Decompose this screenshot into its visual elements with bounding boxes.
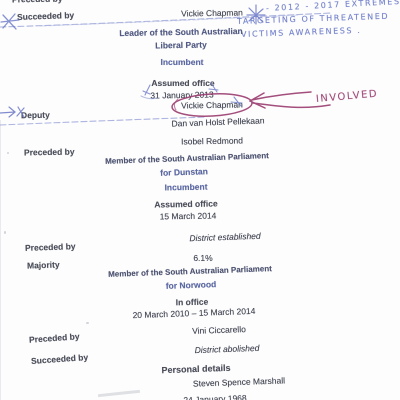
- office-title-line1: Leader of the South Australian: [119, 26, 243, 38]
- norwood-title-line1: Member of the South Australian Parliamen…: [108, 264, 272, 279]
- dunstan-title-line2: for Dunstan: [160, 166, 208, 178]
- assumed-office-label-leader: Assumed office: [151, 78, 214, 88]
- preceded-by-label-top: Preceded by: [12, 0, 63, 4]
- in-office-dates: 20 March 2010 – 15 March 2014: [132, 306, 255, 320]
- succeeded-by-value: Vickie Chapman: [181, 7, 243, 18]
- preceded-by-label-norwood: Preceded by: [29, 331, 80, 345]
- handwritten-note-line2: TARGETING OF THREATENED: [237, 12, 390, 26]
- assumed-office-date-dunstan: 15 March 2014: [160, 211, 217, 222]
- scan-smudge: [98, 390, 140, 397]
- preceded-by-value-norwood: Vini Ciccarello: [192, 324, 246, 336]
- in-office-label: In office: [176, 297, 209, 308]
- personal-full-name: Steven Spence Marshall: [193, 375, 285, 388]
- personal-details-header: Personal details: [161, 363, 230, 375]
- norwood-title-line2: for Norwood: [166, 279, 217, 291]
- office-title-line2: Liberal Party: [155, 40, 207, 51]
- scan-edge-line: [0, 120, 1, 400]
- incumbent-status-dunstan: Incumbent: [164, 182, 207, 193]
- deputy-value-circled: Vickie Chapman: [181, 99, 243, 110]
- incumbent-status-leader: Incumbent: [161, 57, 204, 67]
- majority-label: Majority: [27, 259, 60, 270]
- preceded-by-label-dunstan: Preceded by: [25, 241, 76, 253]
- born-date-partial: 24 January 1968: [183, 393, 247, 400]
- scan-speck: [7, 152, 9, 154]
- preceded-by-label-leader: Preceded by: [24, 147, 75, 158]
- scan-speck: [4, 231, 6, 234]
- deputy-label: Deputy: [21, 110, 50, 121]
- handwritten-note-line3: VICTIMS AWARENESS .: [241, 26, 362, 39]
- preceded-by-value-leader: Isobel Redmond: [181, 135, 243, 146]
- majority-value: 6.1%: [193, 253, 212, 263]
- assumed-office-date-leader: 31 January 2013: [150, 89, 213, 100]
- scan-speck: [86, 322, 89, 324]
- succeeded-by-label-norwood: Succeeded by: [31, 352, 89, 366]
- assumed-office-label-dunstan: Assumed office: [154, 198, 217, 209]
- scanned-infobox-document: Preceded by Succeeded by Vickie Chapman …: [0, 0, 400, 400]
- handwritten-involved: INVOLVED: [316, 89, 379, 105]
- dunstan-title-line1: Member of the South Australian Parliamen…: [105, 151, 269, 166]
- succeeded-by-label: Succeeded by: [17, 10, 74, 22]
- deputy-value-2: Dan van Holst Pellekaan: [171, 115, 264, 128]
- preceded-by-value-dunstan: District established: [189, 231, 261, 243]
- succeeded-by-value-norwood: District abolished: [194, 343, 259, 355]
